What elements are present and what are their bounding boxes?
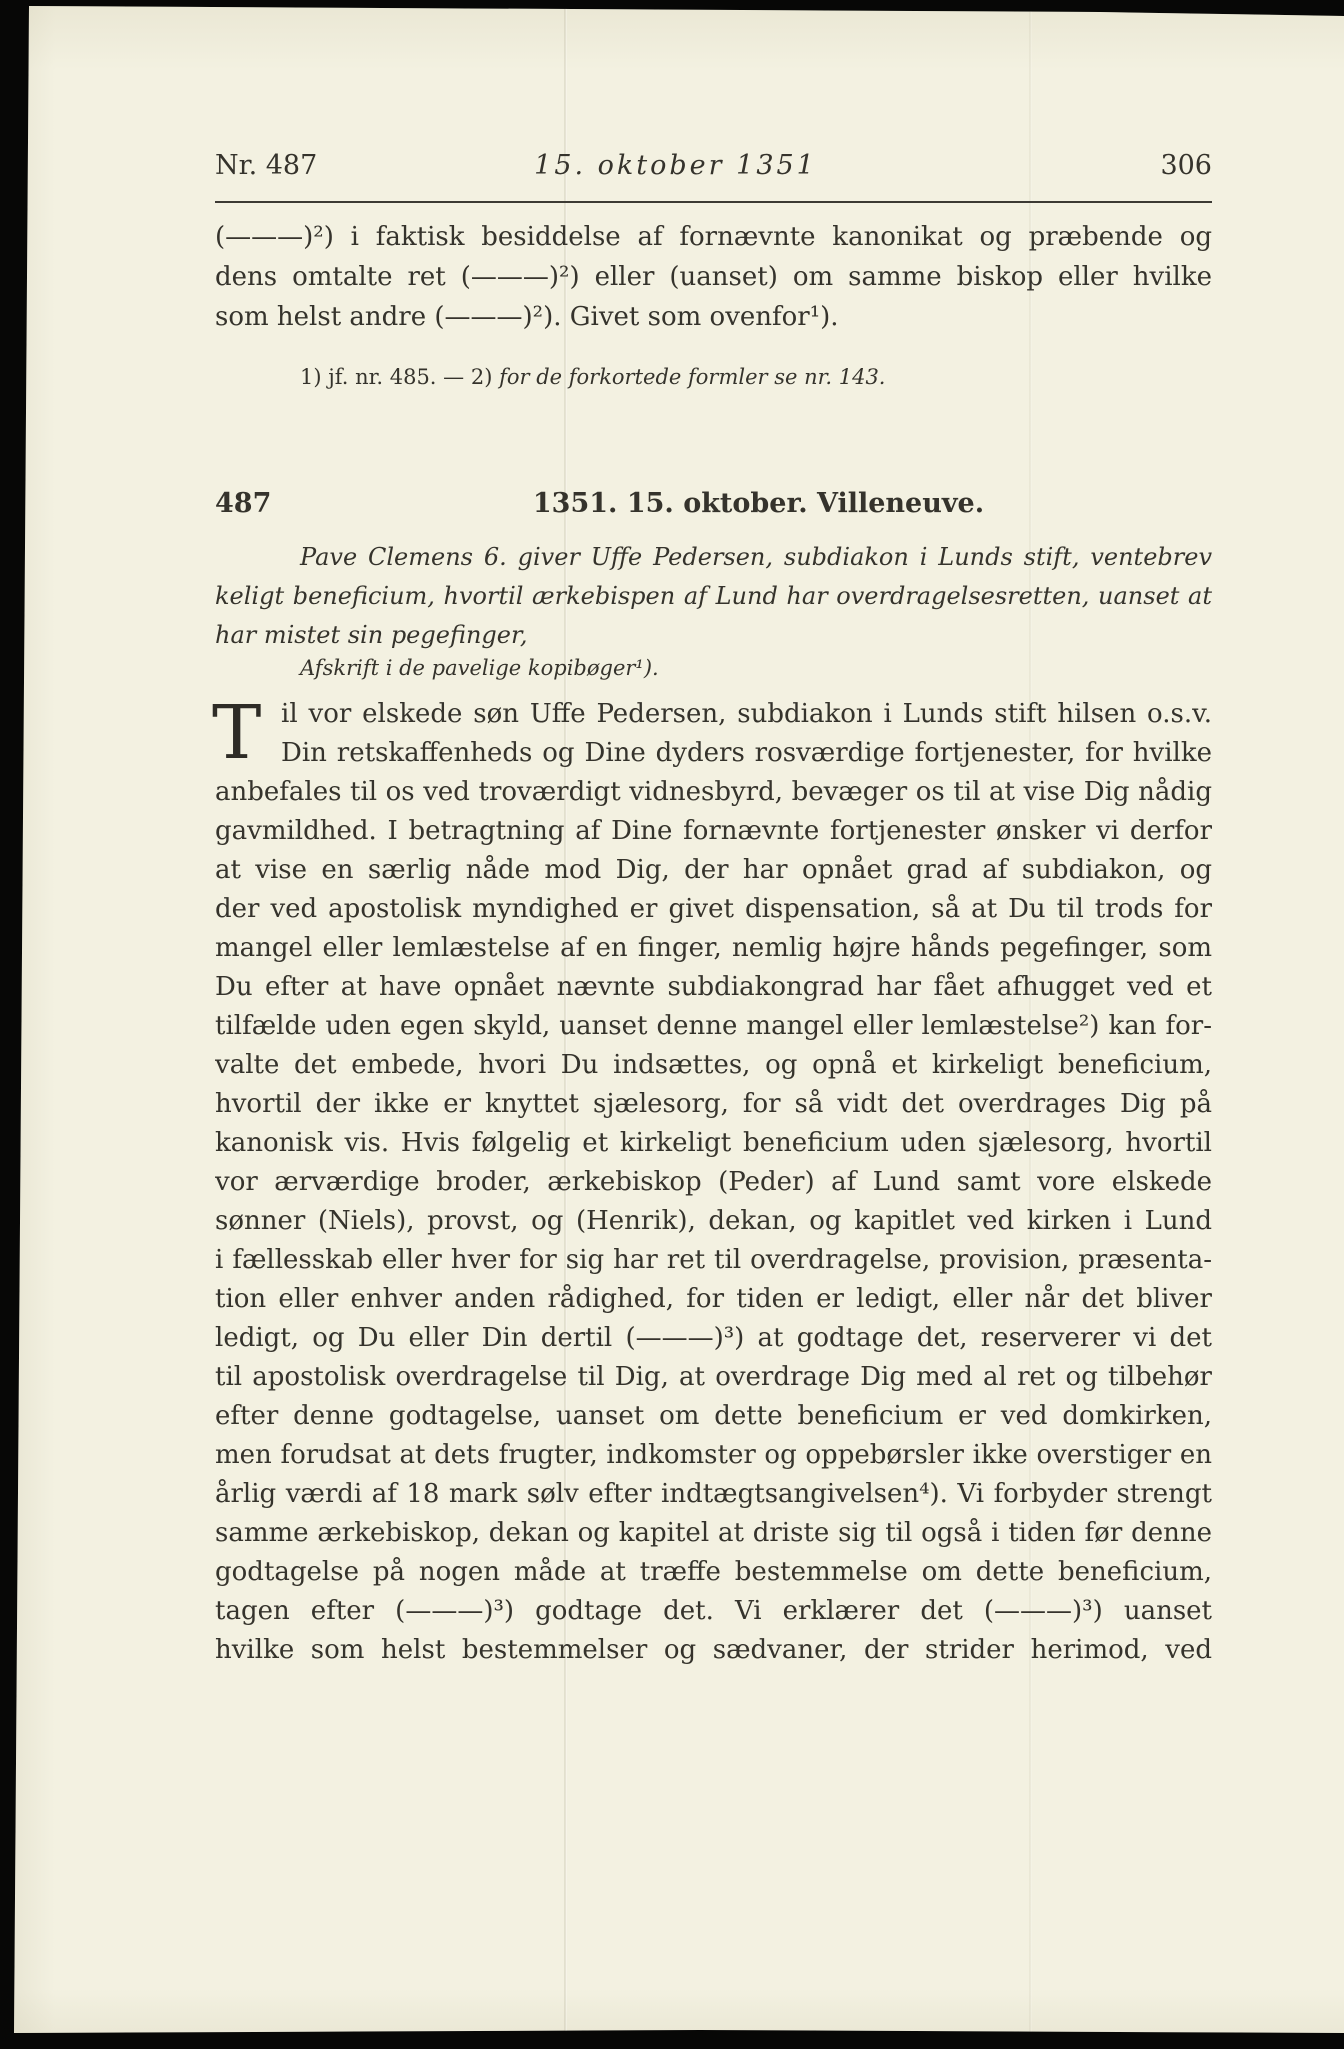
footnote-roman: 1) jf. nr. 485. — 2) <box>300 365 499 389</box>
footnote-italic: for de forkortede formler se nr. 143. <box>499 365 885 389</box>
text-line: Du efter at have opnået nævnte subdiakon… <box>215 968 1212 1007</box>
text-line: kanonisk vis. Hvis følgelig et kirkeligt… <box>215 1124 1212 1163</box>
text-line: gavmildhed. I betragtning af Dine fornæv… <box>215 812 1212 851</box>
text-line: mangel eller lemlæstelse af en finger, n… <box>215 929 1212 968</box>
book-page: Nr. 487 15. oktober 1351 306 (———)²) i f… <box>0 0 1344 2049</box>
text-line: som helst andre (———)²). Givet som ovenf… <box>215 297 1212 337</box>
text-line: Din retskaffenheds og Dine dyders rosvær… <box>215 734 1212 773</box>
text-line: keligt beneficium, hvortil ærkebispen af… <box>215 577 1212 616</box>
text-line: ledigt, og Du eller Din dertil (———)³) a… <box>215 1319 1212 1358</box>
drop-cap: T <box>212 696 261 770</box>
text-line: Pave Clemens 6. giver Uffe Pedersen, sub… <box>215 538 1212 577</box>
text-line: at vise en særlig nåde mod Dig, der har … <box>215 851 1212 890</box>
text-line: valte det embede, hvori Du indsættes, og… <box>215 1046 1212 1085</box>
text-line: efter denne godtagelse, uanset om dette … <box>215 1397 1212 1436</box>
continuation-paragraph: (———)²) i faktisk besiddelse af fornævnt… <box>215 217 1212 337</box>
text-line: til apostolisk overdragelse til Dig, at … <box>215 1358 1212 1397</box>
page-number: 306 <box>1160 150 1212 181</box>
text-line: der ved apostolisk myndighed er givet di… <box>215 890 1212 929</box>
text-line: (———)²) i faktisk besiddelse af fornævnt… <box>215 217 1212 257</box>
text-line: hvilke som helst bestemmelser og sædvane… <box>215 1631 1212 1670</box>
header-rule <box>215 201 1212 203</box>
entry-summary: Pave Clemens 6. giver Uffe Pedersen, sub… <box>215 538 1212 655</box>
text-line: i fællesskab eller hver for sig har ret … <box>215 1241 1212 1280</box>
text-line: hvortil der ikke er knyttet sjælesorg, f… <box>215 1085 1212 1124</box>
text-line: årlig værdi af 18 mark sølv efter indtæg… <box>215 1475 1212 1514</box>
text-line: dens omtalte ret (———)²) eller (uanset) … <box>215 257 1212 297</box>
text-line: godtagelse på nogen måde at træffe beste… <box>215 1553 1212 1592</box>
text-line: anbefales til os ved troværdigt vidnesby… <box>215 773 1212 812</box>
text-line: tilfælde uden egen skyld, uanset denne m… <box>215 1007 1212 1046</box>
text-line: vor ærværdige broder, ærkebiskop (Peder)… <box>215 1163 1212 1202</box>
running-head: Nr. 487 15. oktober 1351 306 <box>215 150 1212 186</box>
footnote-line: 1) jf. nr. 485. — 2) for de forkortede f… <box>215 362 1212 392</box>
text-line: sønner (Niels), provst, og (Henrik), dek… <box>215 1202 1212 1241</box>
text-line: men forudsat at dets frugter, indkomster… <box>215 1436 1212 1475</box>
entry-dateline: 1351. 15. oktober. Villeneuve. <box>260 488 1257 519</box>
source-note: Afskrift i de pavelige kopibøger¹). <box>215 653 1212 683</box>
text-line: il vor elskede søn Uffe Pedersen, subdia… <box>215 695 1212 734</box>
text-line: samme ærkebiskop, dekan og kapitel at dr… <box>215 1514 1212 1553</box>
text-line: tagen efter (———)³) godtage det. Vi erkl… <box>215 1592 1212 1631</box>
running-head-date: 15. oktober 1351 <box>177 150 1174 181</box>
text-line: har mistet sin pegefinger, <box>215 616 1212 655</box>
entry-heading: 487 1351. 15. oktober. Villeneuve. <box>215 488 1212 524</box>
text-line: tion eller enhver anden rådighed, for ti… <box>215 1280 1212 1319</box>
letter-body: T il vor elskede søn Uffe Pedersen, subd… <box>215 695 1212 1670</box>
